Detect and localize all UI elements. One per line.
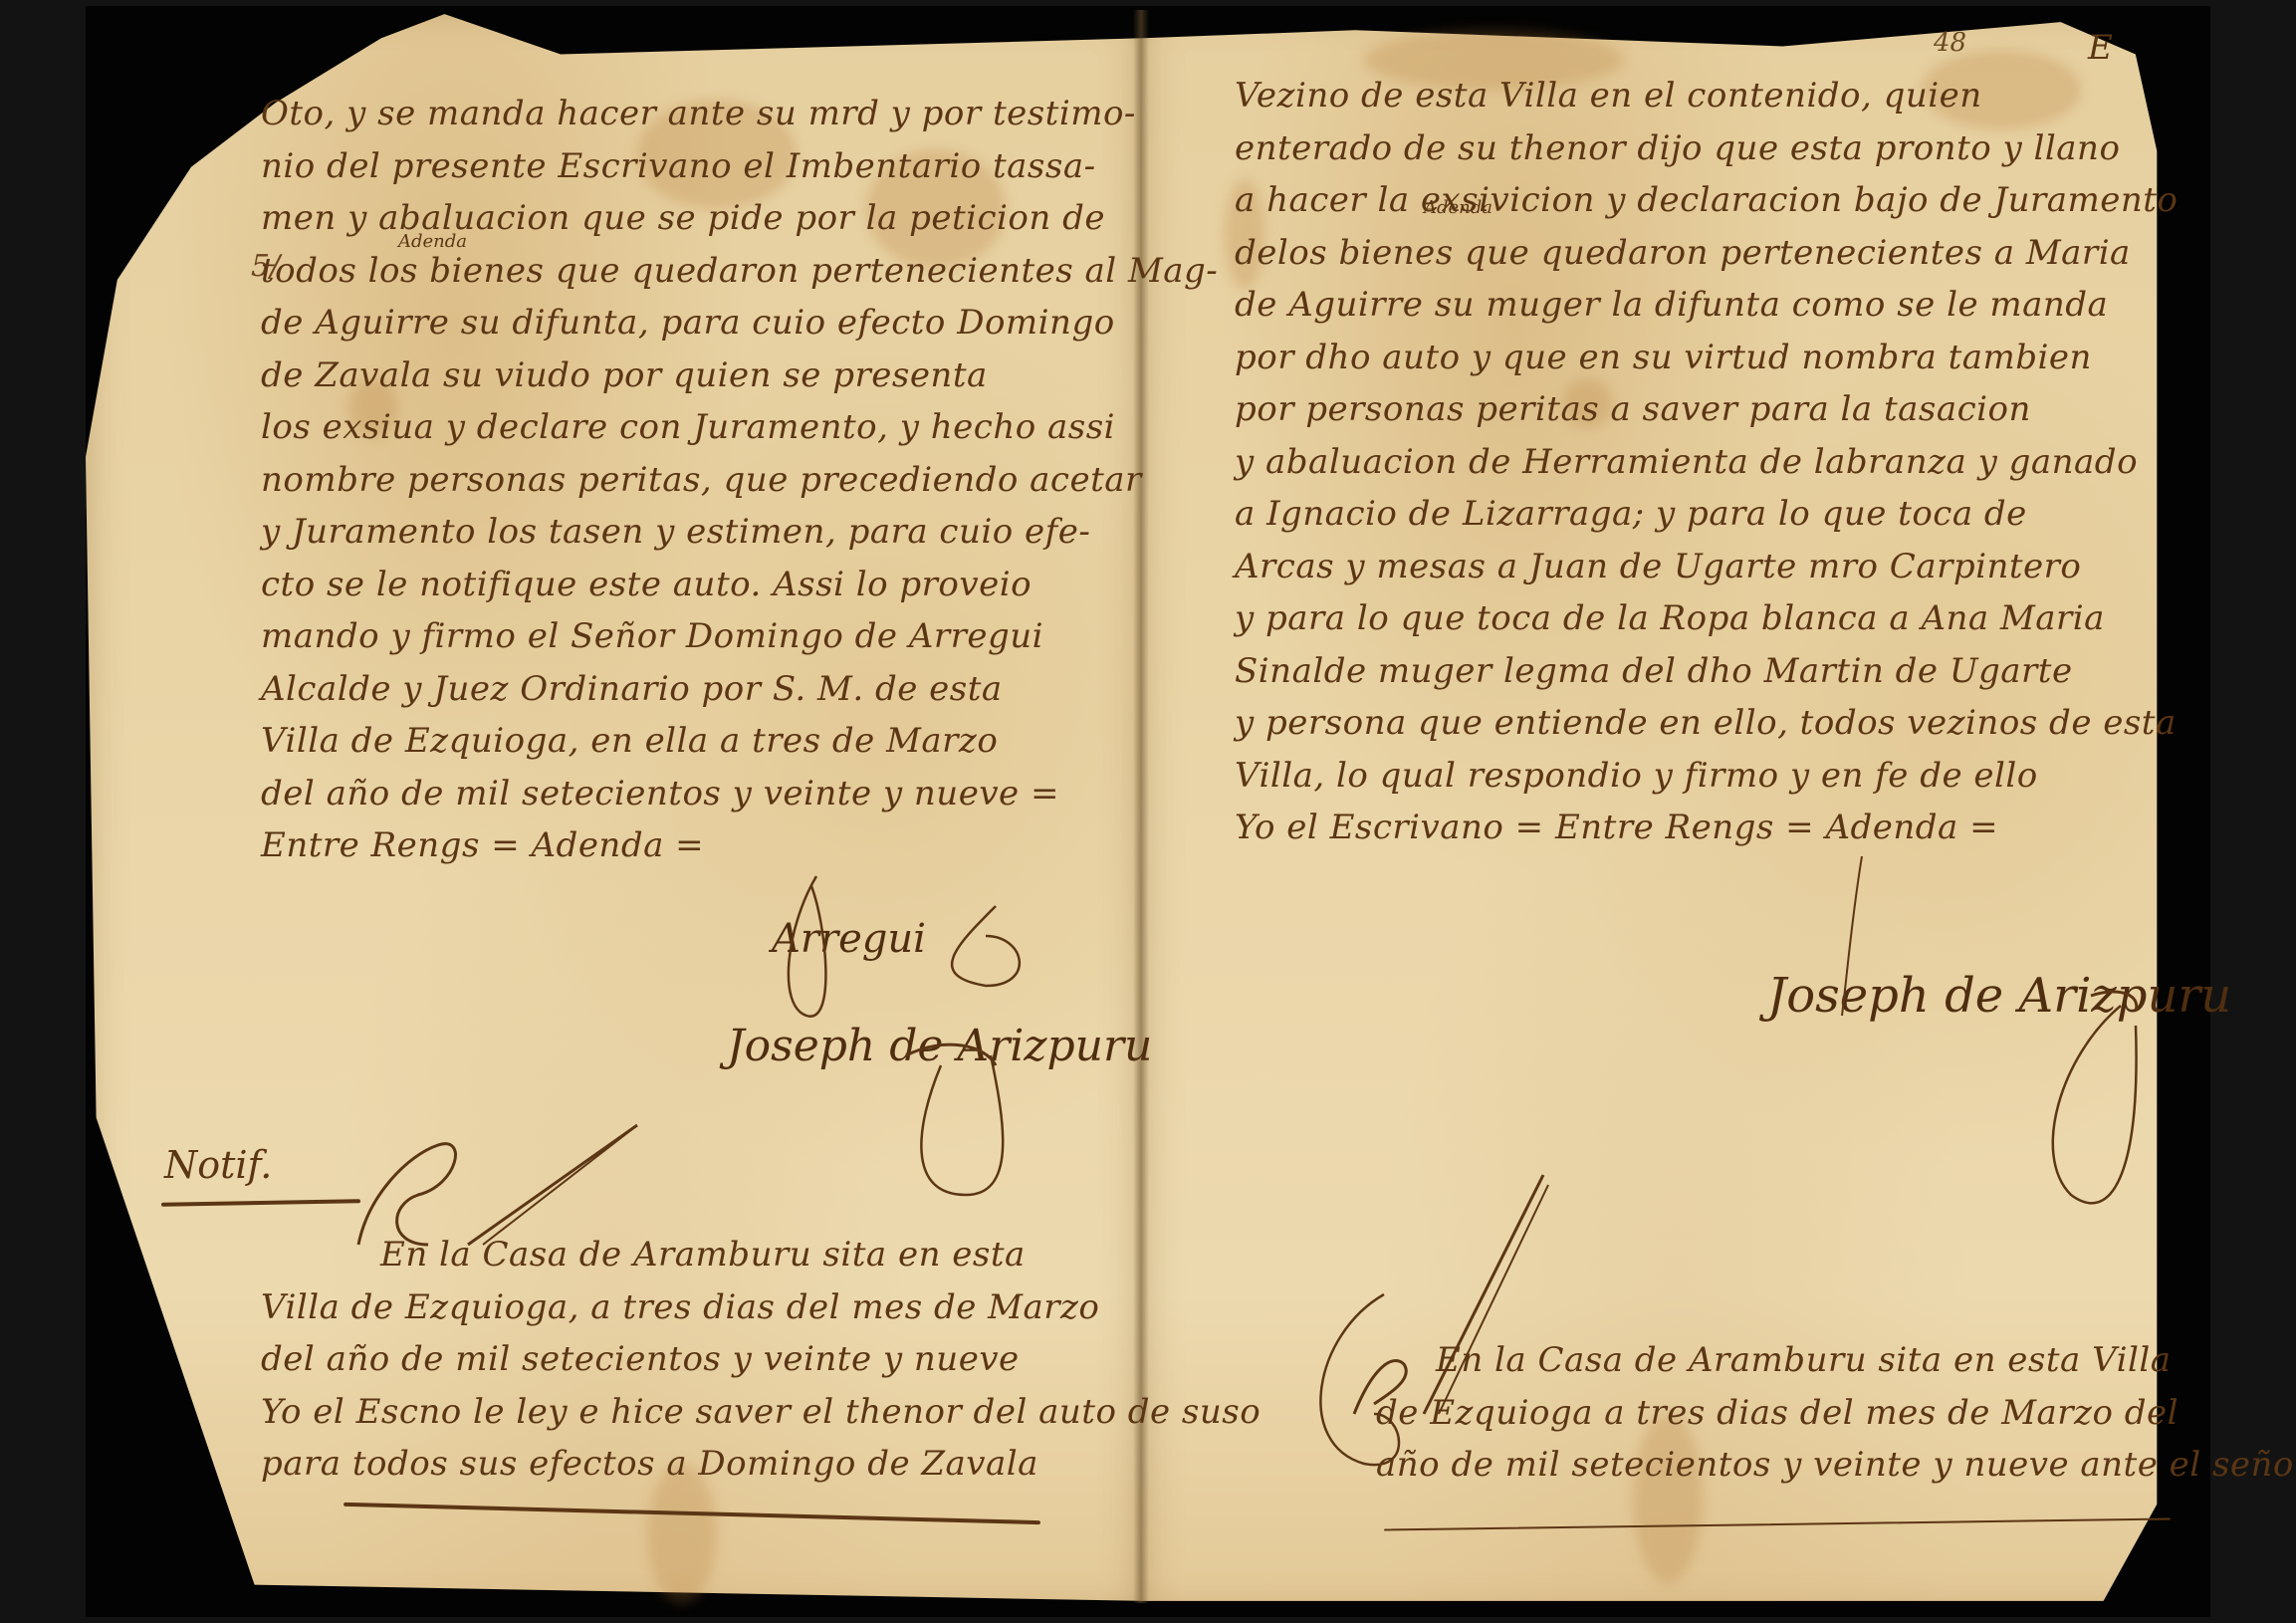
manuscript-line: nombre personas peritas, que precediendo… — [261, 454, 1097, 507]
book-gutter — [1133, 10, 1149, 1603]
manuscript-line: Oto, y se manda hacer ante su mrd y por … — [261, 88, 1097, 140]
manuscript-line: En la Casa de Aramburu sita en esta Vill… — [1376, 1334, 2173, 1387]
manuscript-line: Villa de Ezquioga, en ella a tres de Mar… — [261, 715, 1097, 768]
manuscript-line: del año de mil setecientos y veinte y nu… — [261, 768, 1097, 820]
manuscript-line: y Juramento los tasen y estimen, para cu… — [261, 506, 1097, 559]
manuscript-line: men y abaluacion que se pide por la peti… — [261, 192, 1097, 245]
manuscript-line: todos los bienes que quedaron pertenecie… — [261, 245, 1097, 298]
interlinear-note: Adenda — [398, 231, 467, 252]
manuscript-line: nio del presente Escrivano el Imbentario… — [261, 140, 1097, 193]
manuscript-line: y persona que entiende en ello, todos ve… — [1235, 697, 2161, 750]
manuscript-line: Vezino de esta Villa en el contenido, qu… — [1235, 70, 2161, 122]
manuscript-line: Villa de Ezquioga, a tres dias del mes d… — [261, 1281, 1097, 1334]
manuscript-line: por dho auto y que en su virtud nombra t… — [1235, 332, 2161, 384]
manuscript-line: por personas peritas a saver para la tas… — [1235, 383, 2161, 436]
closing-text: En la Casa de Aramburu sita en esta Vill… — [1376, 1334, 2173, 1492]
signature-arizpuru-right: Joseph de Arizpuru — [1767, 968, 2231, 1024]
notification-label: Notif. — [164, 1143, 272, 1187]
manuscript-line: de Zavala su viudo por quien se presenta — [261, 349, 1097, 402]
manuscript-line: Villa, lo qual respondio y firmo y en fe… — [1235, 750, 2161, 803]
manuscript-line: para todos sus efectos a Domingo de Zava… — [261, 1438, 1097, 1491]
manuscript-line: Alcalde y Juez Ordinario por S. M. de es… — [261, 663, 1097, 716]
manuscript-line: mando y firmo el Señor Domingo de Arregu… — [261, 610, 1097, 663]
manuscript-line: los exsiua y declare con Juramento, y he… — [261, 401, 1097, 454]
manuscript-line: y abaluacion de Herramienta de labranza … — [1235, 436, 2161, 489]
right-page-text: Vezino de esta Villa en el contenido, qu… — [1235, 70, 2161, 854]
manuscript-line: de Aguirre su difunta, para cuio efecto … — [261, 297, 1097, 349]
folio-number: 48 — [1934, 28, 1966, 58]
notification-text: En la Casa de Aramburu sita en esta Vill… — [261, 1229, 1097, 1491]
manuscript-line: de Ezquioga a tres dias del mes de Marzo… — [1376, 1387, 2173, 1440]
manuscript-line: del año de mil setecientos y veinte y nu… — [261, 1333, 1097, 1386]
manuscript-line: En la Casa de Aramburu sita en esta — [261, 1229, 1097, 1281]
manuscript-line: año de mil setecientos y veinte y nueve … — [1376, 1439, 2173, 1492]
manuscript-line: delos bienes que quedaron pertenecientes… — [1235, 227, 2161, 280]
manuscript-line: enterado de su thenor dijo que esta pron… — [1235, 122, 2161, 175]
interlinear-note: Adenda — [1424, 197, 1492, 218]
manuscript-line: cto se le notifique este auto. Assi lo p… — [261, 559, 1097, 611]
manuscript-line: Arcas y mesas a Juan de Ugarte mro Carpi… — [1235, 541, 2161, 593]
left-page-text: Oto, y se manda hacer ante su mrd y por … — [261, 88, 1097, 872]
manuscript-line: a Ignacio de Lizarraga; y para lo que to… — [1235, 488, 2161, 541]
manuscript-line: Yo el Escrivano = Entre Rengs = Adenda = — [1235, 802, 2161, 854]
signature-arregui: Arregui — [772, 916, 926, 962]
manuscript-line: Yo el Escno le ley e hice saver el theno… — [261, 1386, 1097, 1439]
manuscript-line: a hacer la exsivicion y declaracion bajo… — [1235, 174, 2161, 227]
manuscript-line: y para lo que toca de la Ropa blanca a A… — [1235, 592, 2161, 645]
manuscript-line: Entre Rengs = Adenda = — [261, 819, 1097, 872]
corner-mark: E — [2088, 28, 2113, 68]
signature-arizpuru-left: Joseph de Arizpuru — [727, 1021, 1152, 1071]
manuscript-line: Sinalde muger legma del dho Martin de Ug… — [1235, 645, 2161, 698]
manuscript-line: de Aguirre su muger la difunta como se l… — [1235, 279, 2161, 332]
